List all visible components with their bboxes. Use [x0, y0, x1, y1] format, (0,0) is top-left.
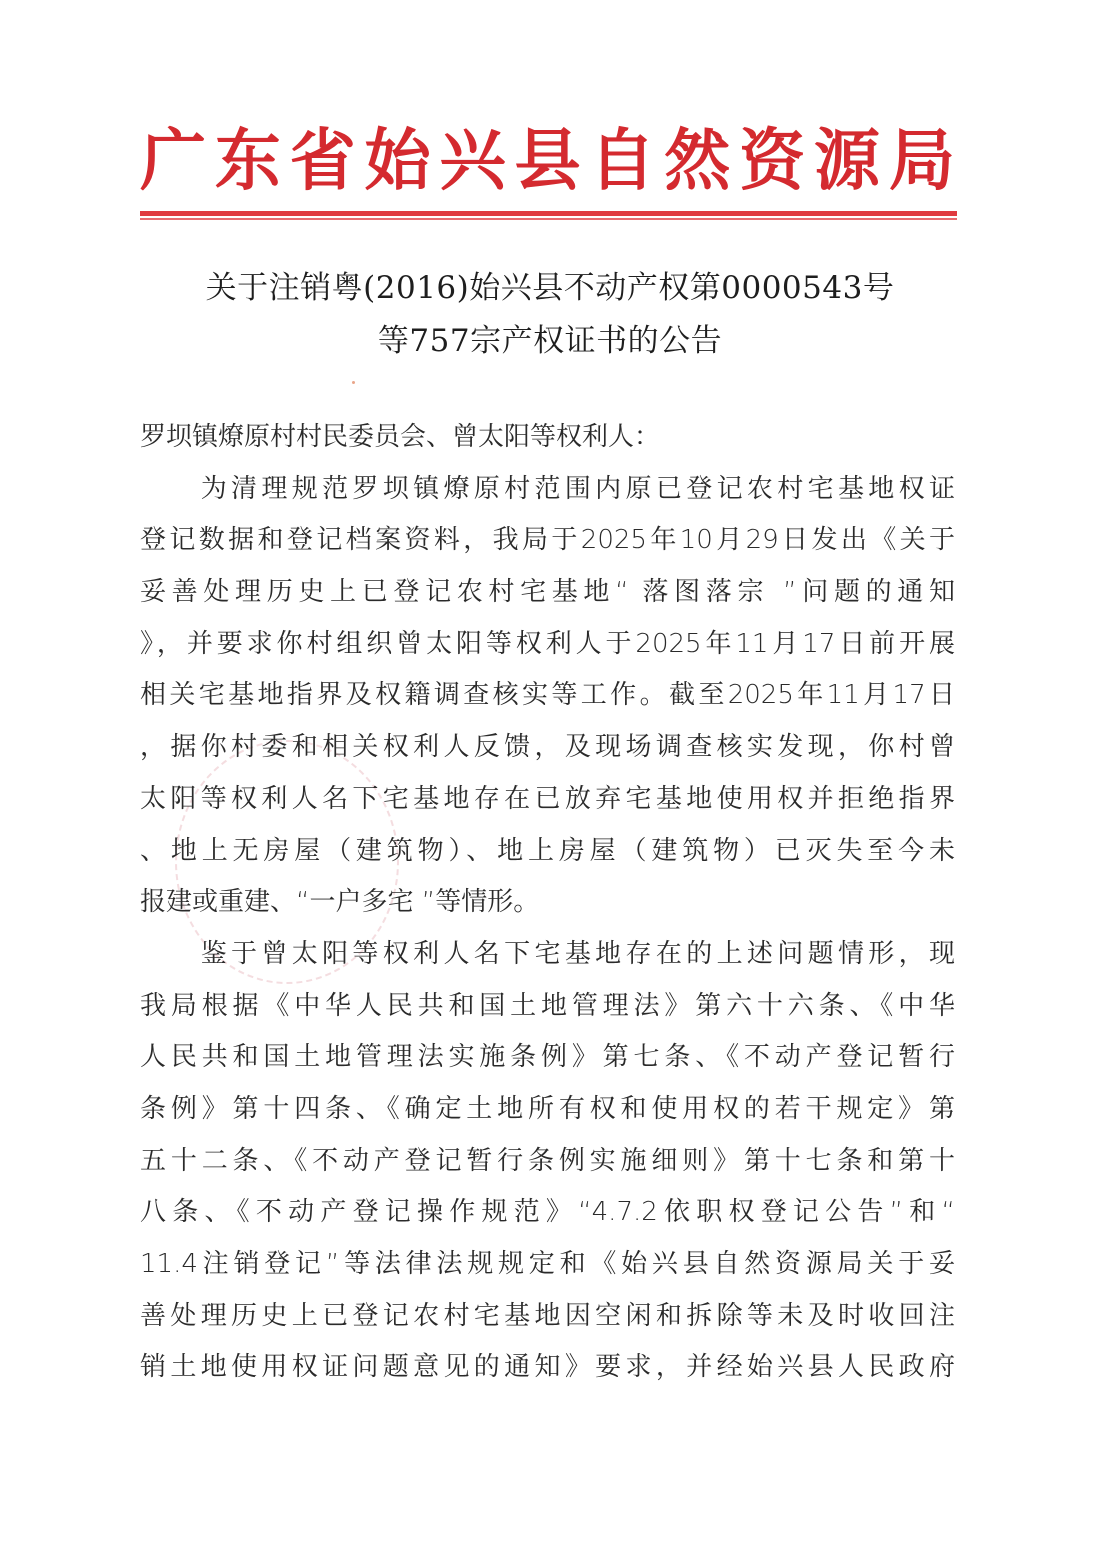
masthead-char: 东: [215, 119, 281, 201]
masthead-char: 始: [365, 119, 431, 201]
masthead-char: 自: [589, 119, 655, 201]
masthead-char: 广: [140, 119, 206, 201]
body-line: 》，并要求你村组织曾太阳等权利人于2025年11月17日前开展: [140, 619, 955, 671]
masthead-char: 源: [814, 119, 880, 201]
body-line: 报建或重建、“一户多宅 ”等情形。: [140, 877, 955, 929]
body-line: 人民共和国土地管理法实施条例》第七条、《不动产登记暂行: [140, 1032, 955, 1084]
body-line: 妥善处理历史上已登记农村宅基地“ 落图落宗 ”问题的通知: [140, 567, 955, 619]
body-line: 八条、《不动产登记操作规范》“4.7.2依职权登记公告”和“: [140, 1187, 955, 1239]
masthead-divider-thick: [140, 211, 957, 216]
body-line: 登记数据和登记档案资料，我局于2025年10月29日发出《关于: [140, 515, 955, 567]
masthead-char: 兴: [440, 119, 506, 201]
body-line: 五十二条、《不动产登记暂行条例实施细则》第十七条和第十: [140, 1136, 955, 1188]
masthead-char: 省: [290, 119, 356, 201]
masthead-char: 资: [739, 119, 805, 201]
agency-masthead: 广 东 省 始 兴 县 自 然 资 源 局: [140, 120, 955, 200]
notice-title-line-1: 关于注销粤(2016)始兴县不动产权第0000543号: [140, 262, 960, 307]
body-line: 鉴于曾太阳等权利人名下宅基地存在的上述问题情形，现: [140, 929, 955, 981]
masthead-divider-thin: [140, 218, 957, 220]
notice-title-line-2: 等757宗产权证书的公告: [140, 315, 960, 360]
masthead-char: 县: [514, 119, 580, 201]
masthead-char: 然: [664, 119, 730, 201]
scan-speck: [352, 381, 355, 384]
body-line: 相关宅基地指界及权籍调查核实等工作。截至2025年11月17日: [140, 670, 955, 722]
body-line: 销土地使用权证问题意见的通知》要求，并经始兴县人民政府: [140, 1342, 955, 1394]
body-line: 条例》第十四条、《确定土地所有权和使用权的若干规定》第: [140, 1084, 955, 1136]
salutation: 罗坝镇燎原村村民委员会、曾太阳等权利人：: [140, 412, 955, 464]
notice-body: 罗坝镇燎原村村民委员会、曾太阳等权利人： 为清理规范罗坝镇燎原村范围内原已登记农…: [140, 412, 955, 1394]
body-line: 我局根据《中华人民共和国土地管理法》第六十六条、《中华: [140, 981, 955, 1033]
body-line: 11.4注销登记”等法律法规规定和《始兴县自然资源局关于妥: [140, 1239, 955, 1291]
body-line: 为清理规范罗坝镇燎原村范围内原已登记农村宅基地权证: [140, 464, 955, 516]
body-line: 太阳等权利人名下宅基地存在已放弃宅基地使用权并拒绝指界: [140, 774, 955, 826]
masthead-char: 局: [889, 119, 955, 201]
body-line: ，据你村委和相关权利人反馈，及现场调查核实发现，你村曾: [140, 722, 955, 774]
body-line: 、地上无房屋（建筑物）、地上房屋（建筑物）已灭失至今未: [140, 826, 955, 878]
body-line: 善处理历史上已登记农村宅基地因空闲和拆除等未及时收回注: [140, 1291, 955, 1343]
